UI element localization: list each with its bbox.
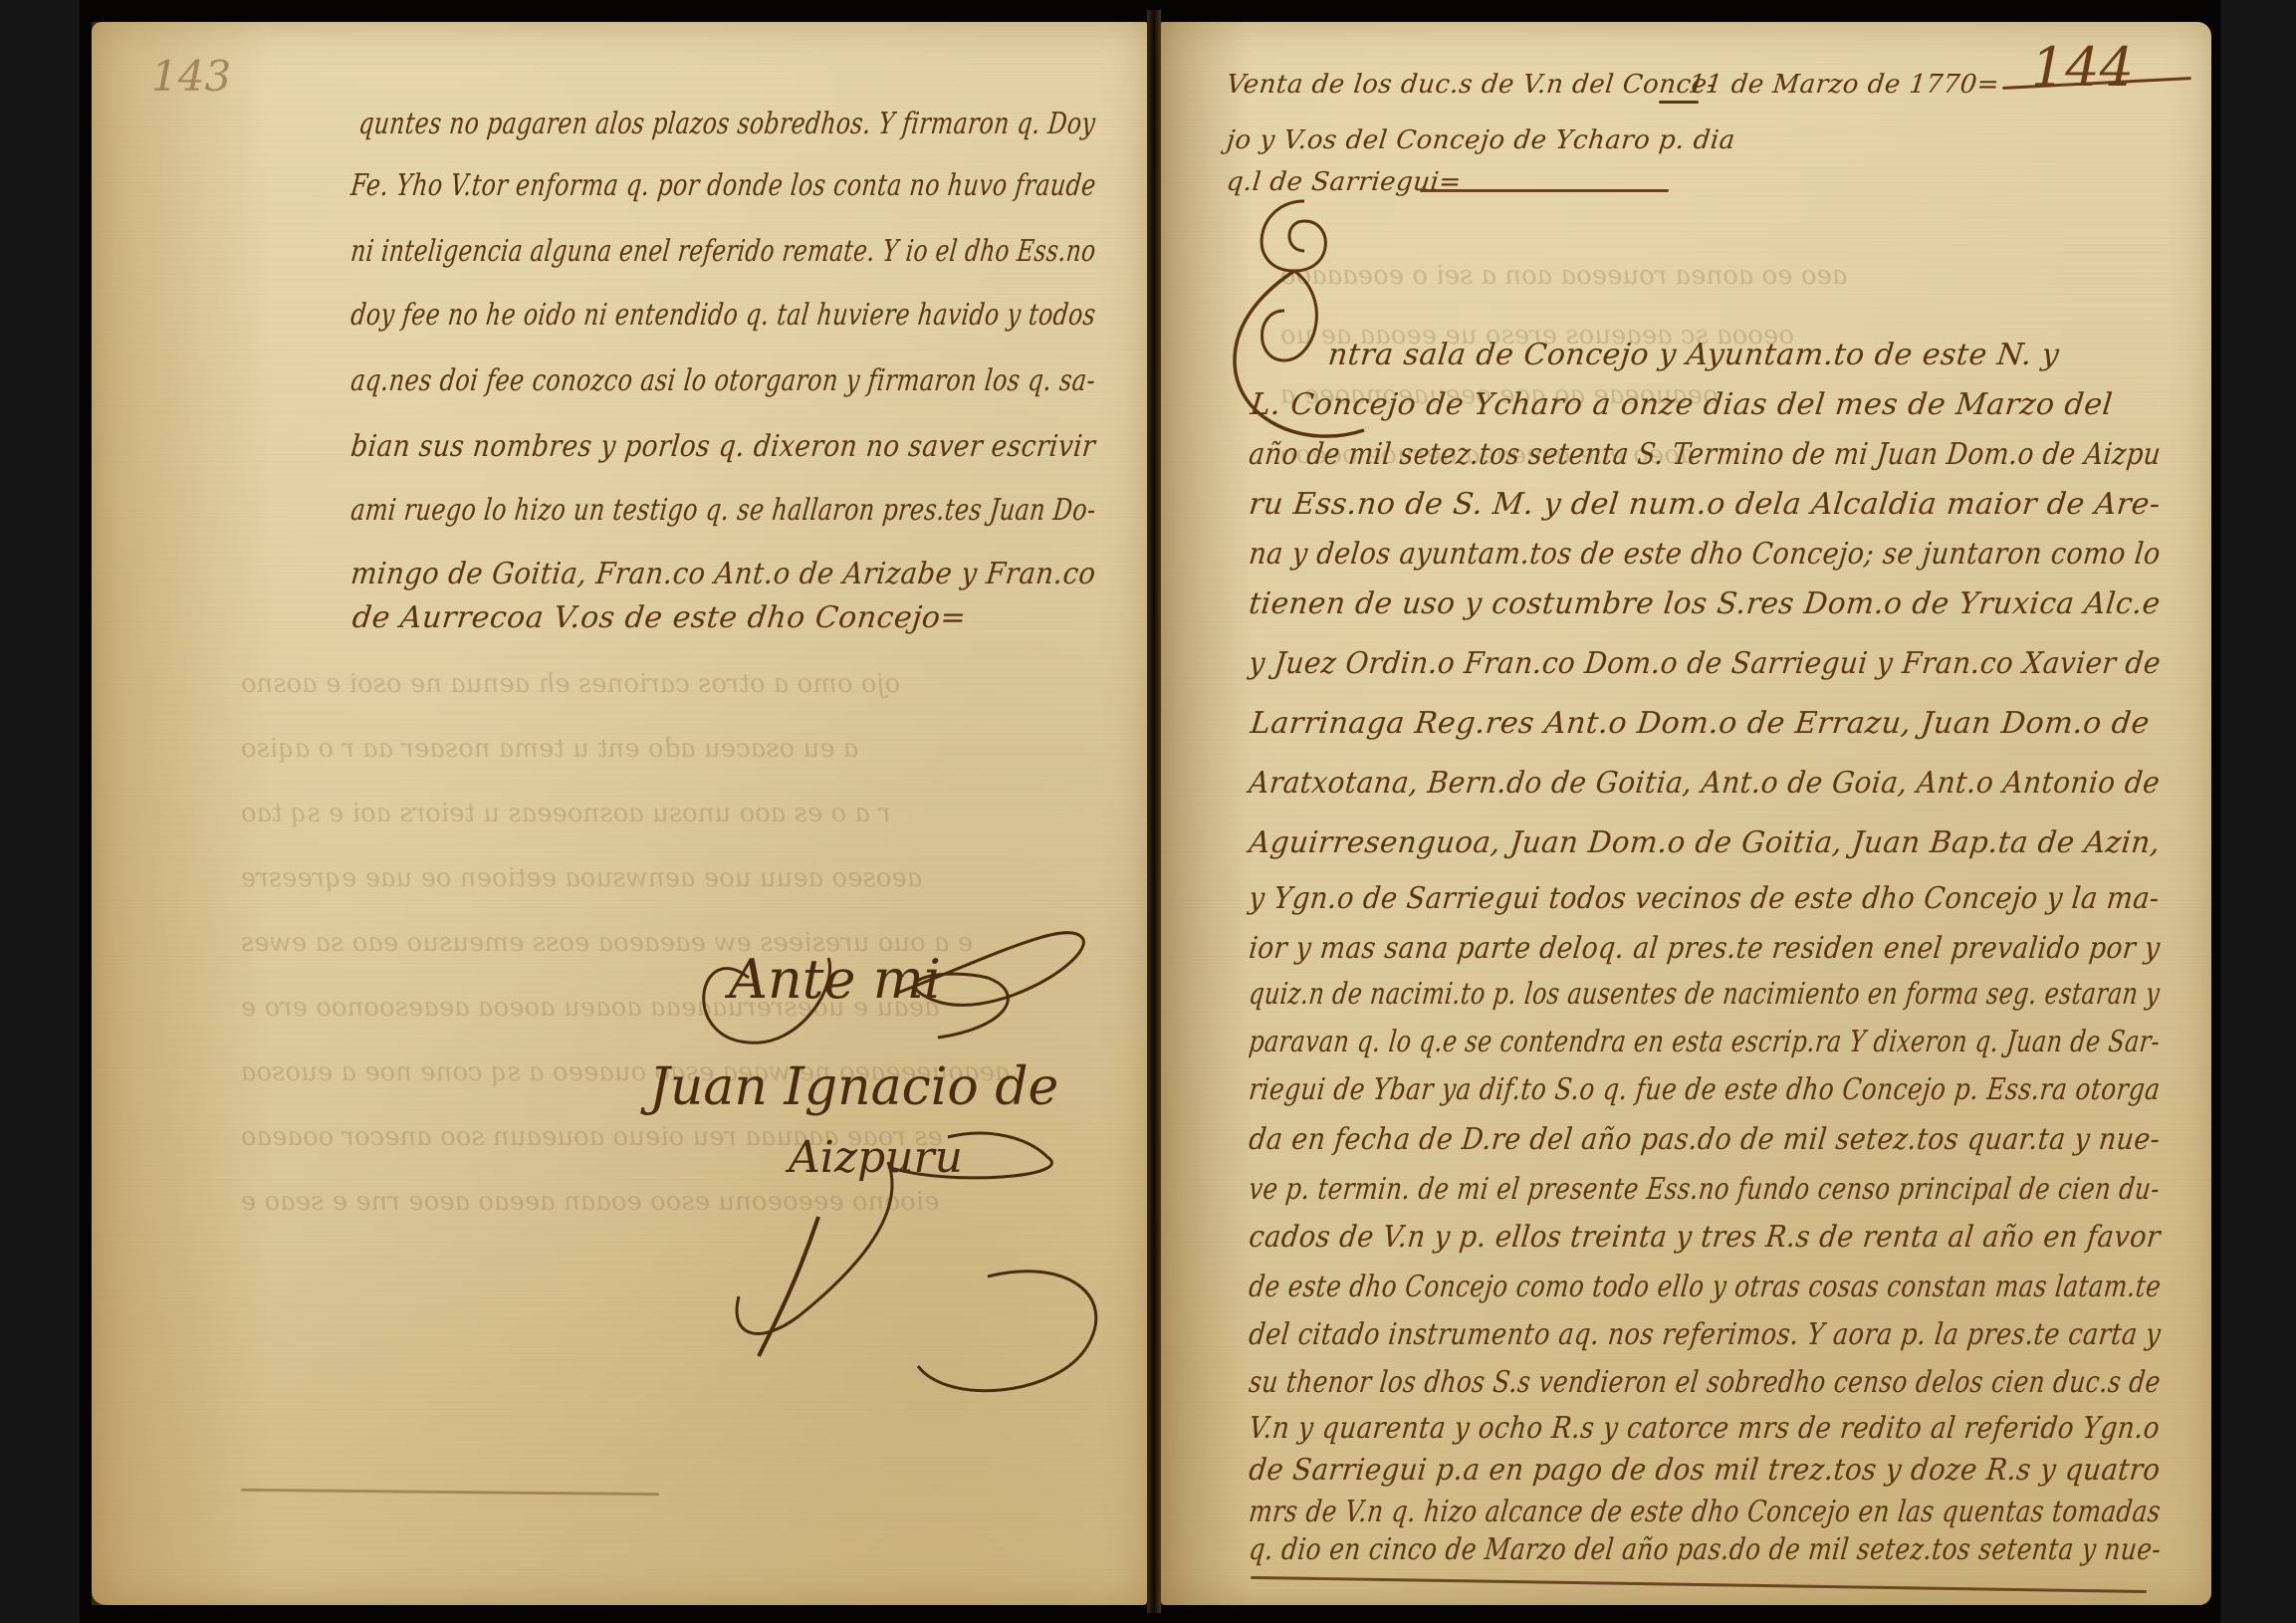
manuscript-line: da en fecha de D.re del año pas.do de mi…	[1248, 1125, 2162, 1155]
manuscript-line: tienen de uso y costumbre los S.res Dom.…	[1248, 589, 2162, 619]
manuscript-line: su thenor los dhos S.s vendieron el sobr…	[1248, 1368, 2162, 1398]
manuscript-line: Larrinaga Reg.res Ant.o Dom.o de Errazu,…	[1249, 709, 2151, 739]
manuscript-line: ntra sala de Concejo y Ayuntam.to de est…	[1326, 341, 2060, 370]
manuscript-line: de Sarriegui p.a en pago de dos mil trez…	[1248, 1456, 2162, 1486]
manuscript-line: aq.nes doi fee conozco asi lo otorgaron …	[349, 366, 1097, 396]
manuscript-line: ve p. termin. de mi el presente Ess.no f…	[1248, 1175, 2162, 1205]
manuscript-line: mrs de V.n q. hizo alcance de este dho C…	[1248, 1498, 2163, 1527]
signature-name: Juan Ignacio de	[649, 1057, 1058, 1117]
manuscript-line: riegui de Ybar ya dif.to S.o q. fue de e…	[1248, 1075, 2162, 1105]
manuscript-line: Fe. Yho V.tor enforma q. por donde los c…	[349, 171, 1097, 201]
signature-ante-mi: Ante mi	[729, 948, 941, 1011]
manuscript-line: quntes no pagaren alos plazos sobredhos.…	[357, 110, 1097, 139]
manuscript-line: Aratxotana, Bern.do de Goitia, Ant.o de …	[1248, 769, 2162, 799]
header-underline	[1420, 189, 1669, 192]
header-date: 11 de Marzo de 1770=	[1688, 72, 2001, 98]
manuscript-line: doy fee no he oido ni entendido q. tal h…	[349, 301, 1097, 331]
manuscript-line: mingo de Goitia, Fran.co Ant.o de Arizab…	[349, 560, 1097, 589]
manuscript-line: Aguirresenguoa, Juan Dom.o de Goitia, Ju…	[1248, 828, 2162, 858]
signature-surname: Aizpuru	[789, 1132, 963, 1183]
bleed-through-line: ojo omo a otros cariones eh aenua ne oso…	[239, 669, 901, 699]
bleed-through-line: a eu osaceu ado ent u tema nosaer aa r o…	[239, 734, 860, 764]
manuscript-line: ni inteligencia alguna enel referido rem…	[349, 237, 1097, 267]
page-end-rule	[1251, 1576, 2147, 1593]
bleed-through-line: r a o es aoo unosu aosnoeeas u teiors ao…	[239, 799, 892, 828]
manuscript-line: paravan q. lo q.e se contendra en esta e…	[1248, 1028, 2162, 1057]
manuscript-line: del citado instrumento aq. nos referimos…	[1248, 1320, 2163, 1350]
bleed-through-line: aeoseo aeuu uoe aenwsuoa eetioen oe uae …	[239, 863, 924, 893]
manuscript-line: quiz.n de nacimi.to p. los ausentes de n…	[1248, 980, 2162, 1010]
page-end-rule	[241, 1489, 659, 1496]
right-page: 144 aeo eo aonea roueeoa aon a sei o eoe…	[1161, 22, 2211, 1605]
folio-number: 144	[2031, 36, 2134, 99]
header-dash	[1659, 101, 1699, 104]
manuscript-line: de este dho Concejo como todo ello y otr…	[1248, 1273, 2163, 1302]
manuscript-line: y Ygn.o de Sarriegui todos vecinos de es…	[1248, 884, 2161, 914]
book-gutter	[1147, 10, 1161, 1613]
manuscript-line: na y delos ayuntam.tos de este dho Conce…	[1248, 540, 2162, 570]
header-line: Venta de los duc.s de V.n del Conce-	[1226, 72, 1719, 98]
manuscript-line: V.n y quarenta y ocho R.s y catorce mrs …	[1248, 1414, 2162, 1444]
manuscript-line: L. Concejo de Ycharo a onze dias del mes…	[1249, 390, 2114, 420]
page-corner-mark: 143	[151, 52, 231, 101]
header-line: jo y V.os del Concejo de Ycharo p. dia	[1226, 127, 1736, 153]
manuscript-line: ami ruego lo hizo un testigo q. se halla…	[349, 496, 1097, 526]
manuscript-line: de Aurrecoa V.os de este dho Concejo=	[350, 603, 967, 633]
manuscript-line: ru Ess.no de S. M. y del num.o dela Alca…	[1248, 490, 2162, 520]
manuscript-line: q. dio en cinco de Marzo del año pas.do …	[1248, 1535, 2163, 1565]
manuscript-line: bian sus nombres y porlos q. dixeron no …	[349, 432, 1097, 462]
manuscript-line: cados de V.n y p. ellos treinta y tres R…	[1248, 1223, 2162, 1253]
manuscript-line: y Juez Ordin.o Fran.co Dom.o de Sarriegu…	[1248, 649, 2163, 679]
manuscript-line: año de mil setez.tos setenta S. Termino …	[1248, 440, 2163, 470]
manuscript-line: ior y mas sana parte deloq. al pres.te r…	[1248, 934, 2162, 964]
left-page: 143 ojo omo a otros cariones eh aenua ne…	[92, 22, 1147, 1605]
